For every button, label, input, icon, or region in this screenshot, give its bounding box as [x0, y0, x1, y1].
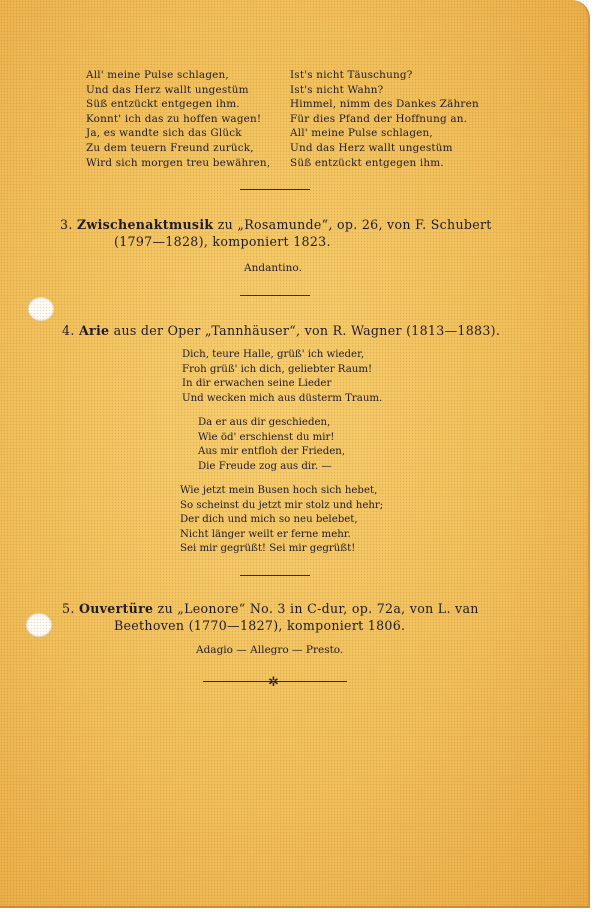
item-4-heading: 4. Arie aus der Oper „Tannhäuser“, von R…	[62, 322, 500, 339]
poem-line: Süß entzückt entgegen ihm.	[86, 97, 270, 112]
poem-line: Und das Herz wallt ungestüm	[86, 83, 270, 98]
poem-line: Ist's nicht Täuschung?	[290, 68, 479, 83]
punch-hole	[28, 297, 54, 321]
item-3-tempo: Andantino.	[244, 262, 302, 274]
poem-line: Und das Herz wallt ungestüm	[290, 141, 479, 156]
item-number: 5.	[62, 601, 75, 616]
poem-line: Himmel, nimm des Dankes Zähren	[290, 97, 479, 112]
verse-line: Aus mir entfloh der Frieden,	[198, 445, 345, 460]
program-page: All' meine Pulse schlagen, Und das Herz …	[0, 0, 590, 908]
item-description: zu „Leonore“ No. 3 in C-dur, op. 72a, vo…	[153, 601, 478, 616]
item-3-heading: 3. Zwischenaktmusik zu „Rosamunde“, op. …	[60, 216, 492, 233]
item-description: zu „Rosamunde“, op. 26, von F. Schubert	[213, 217, 491, 232]
item-title: Arie	[79, 323, 109, 338]
poem-line: Ist's nicht Wahn?	[290, 83, 479, 98]
verse-line: Sei mir gegrüßt! Sei mir gegrüßt!	[180, 542, 383, 557]
item-5-tempo: Adagio — Allegro — Presto.	[196, 644, 343, 656]
item-description: aus der Oper „Tannhäuser“, von R. Wagner…	[109, 323, 500, 338]
poem-left-column: All' meine Pulse schlagen, Und das Herz …	[86, 68, 270, 170]
item-title: Ouvertüre	[79, 601, 153, 616]
poem-line: Zu dem teuern Freund zurück,	[86, 141, 270, 156]
poem-line: All' meine Pulse schlagen,	[290, 126, 479, 141]
item-number: 4.	[62, 323, 75, 338]
verse-line: Da er aus dir geschieden,	[198, 416, 345, 431]
punch-hole	[26, 613, 52, 637]
poem-line: Wird sich morgen treu bewähren,	[86, 156, 270, 171]
verse-line: In dir erwachen seine Lieder	[182, 377, 382, 392]
verse-line: So scheinst du jetzt mir stolz und hehr;	[180, 499, 383, 514]
divider	[240, 295, 310, 296]
verse-line: Froh grüß' ich dich, geliebter Raum!	[182, 363, 382, 378]
stanza-2: Da er aus dir geschieden, Wie öd' erschi…	[198, 416, 345, 474]
divider	[240, 575, 310, 576]
poem-line: Für dies Pfand der Hoffnung an.	[290, 112, 479, 127]
item-5-line2: Beethoven (1770—1827), komponiert 1806.	[114, 617, 405, 634]
poem-line: All' meine Pulse schlagen,	[86, 68, 270, 83]
stanza-3: Wie jetzt mein Busen hoch sich hebet, So…	[180, 484, 383, 557]
poem-line: Konnt' ich das zu hoffen wagen!	[86, 112, 270, 127]
item-title: Zwischenaktmusik	[77, 217, 214, 232]
item-5-heading: 5. Ouvertüre zu „Leonore“ No. 3 in C-dur…	[62, 600, 479, 617]
verse-line: Wie jetzt mein Busen hoch sich hebet,	[180, 484, 383, 499]
poem-line: Ja, es wandte sich das Glück	[86, 126, 270, 141]
verse-line: Und wecken mich aus düsterm Traum.	[182, 392, 382, 407]
verse-line: Wie öd' erschienst du mir!	[198, 431, 345, 446]
divider	[240, 189, 310, 190]
poem-right-column: Ist's nicht Täuschung? Ist's nicht Wahn?…	[290, 68, 479, 170]
item-number: 3.	[60, 217, 73, 232]
verse-line: Der dich und mich so neu belebet,	[180, 513, 383, 528]
verse-line: Die Freude zog aus dir. —	[198, 460, 345, 475]
verse-line: Dich, teure Halle, grüß' ich wieder,	[182, 348, 382, 363]
star-ornament-icon: ✲	[268, 676, 279, 689]
poem-line: Süß entzückt entgegen ihm.	[290, 156, 479, 171]
item-3-line2: (1797—1828), komponiert 1823.	[114, 233, 331, 250]
stanza-1: Dich, teure Halle, grüß' ich wieder, Fro…	[182, 348, 382, 406]
verse-line: Nicht länger weilt er ferne mehr.	[180, 528, 383, 543]
